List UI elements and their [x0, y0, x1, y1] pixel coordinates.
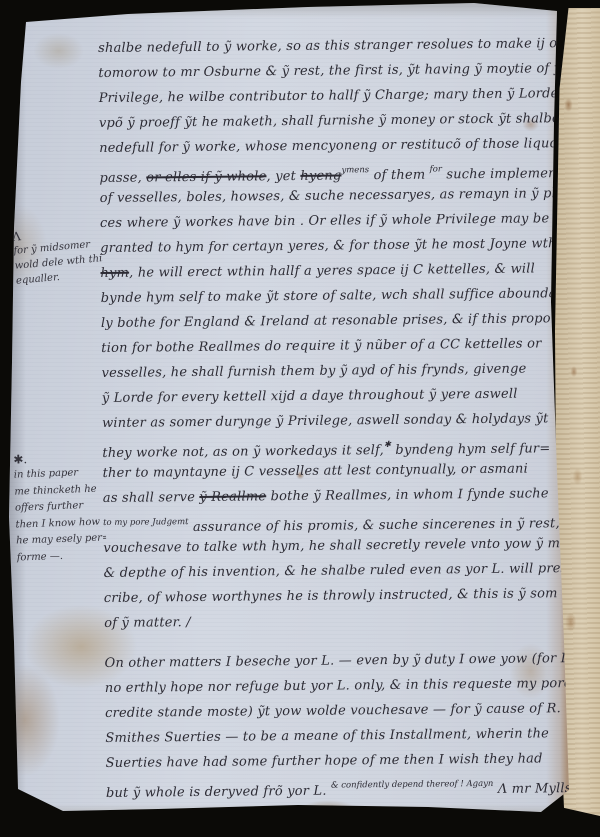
photograph-background: shalbe nedefull to ỹ worke, so as this s… — [0, 0, 600, 837]
paragraph-offer-details: shalbe nedefull to ỹ worke, so as this s… — [98, 31, 572, 636]
main-text-block: shalbe nedefull to ỹ worke, so as this s… — [98, 31, 574, 801]
manuscript-line: cribe, of whose worthynes he is throwly … — [104, 581, 572, 611]
margin-note-midsomer: Λ for ỹ midsomerwold dele wth thisequall… — [12, 222, 105, 288]
margin-note-asterisk: ✱. in this paperme thincketh heoffers fu… — [13, 448, 107, 566]
paragraph-other-matters: On other matters I beseche yor L. — even… — [104, 646, 574, 801]
manuscript-line: forme —. — [16, 547, 107, 567]
margin-note-lines: for ỹ midsomerwold dele wth thisequaller… — [13, 236, 105, 288]
manuscript-page: shalbe nedefull to ỹ worke, so as this s… — [8, 2, 570, 818]
margin-note-lines: in this paperme thincketh heoffers furth… — [14, 464, 107, 566]
manuscript-line: of ỹ matter. / — [104, 606, 572, 636]
manuscript-line: but ỹ whole is deryved frõ yor L. & conf… — [106, 771, 574, 801]
manuscript-line: he may esely per= — [16, 530, 107, 550]
manuscript-line: me thincketh he — [14, 481, 105, 501]
